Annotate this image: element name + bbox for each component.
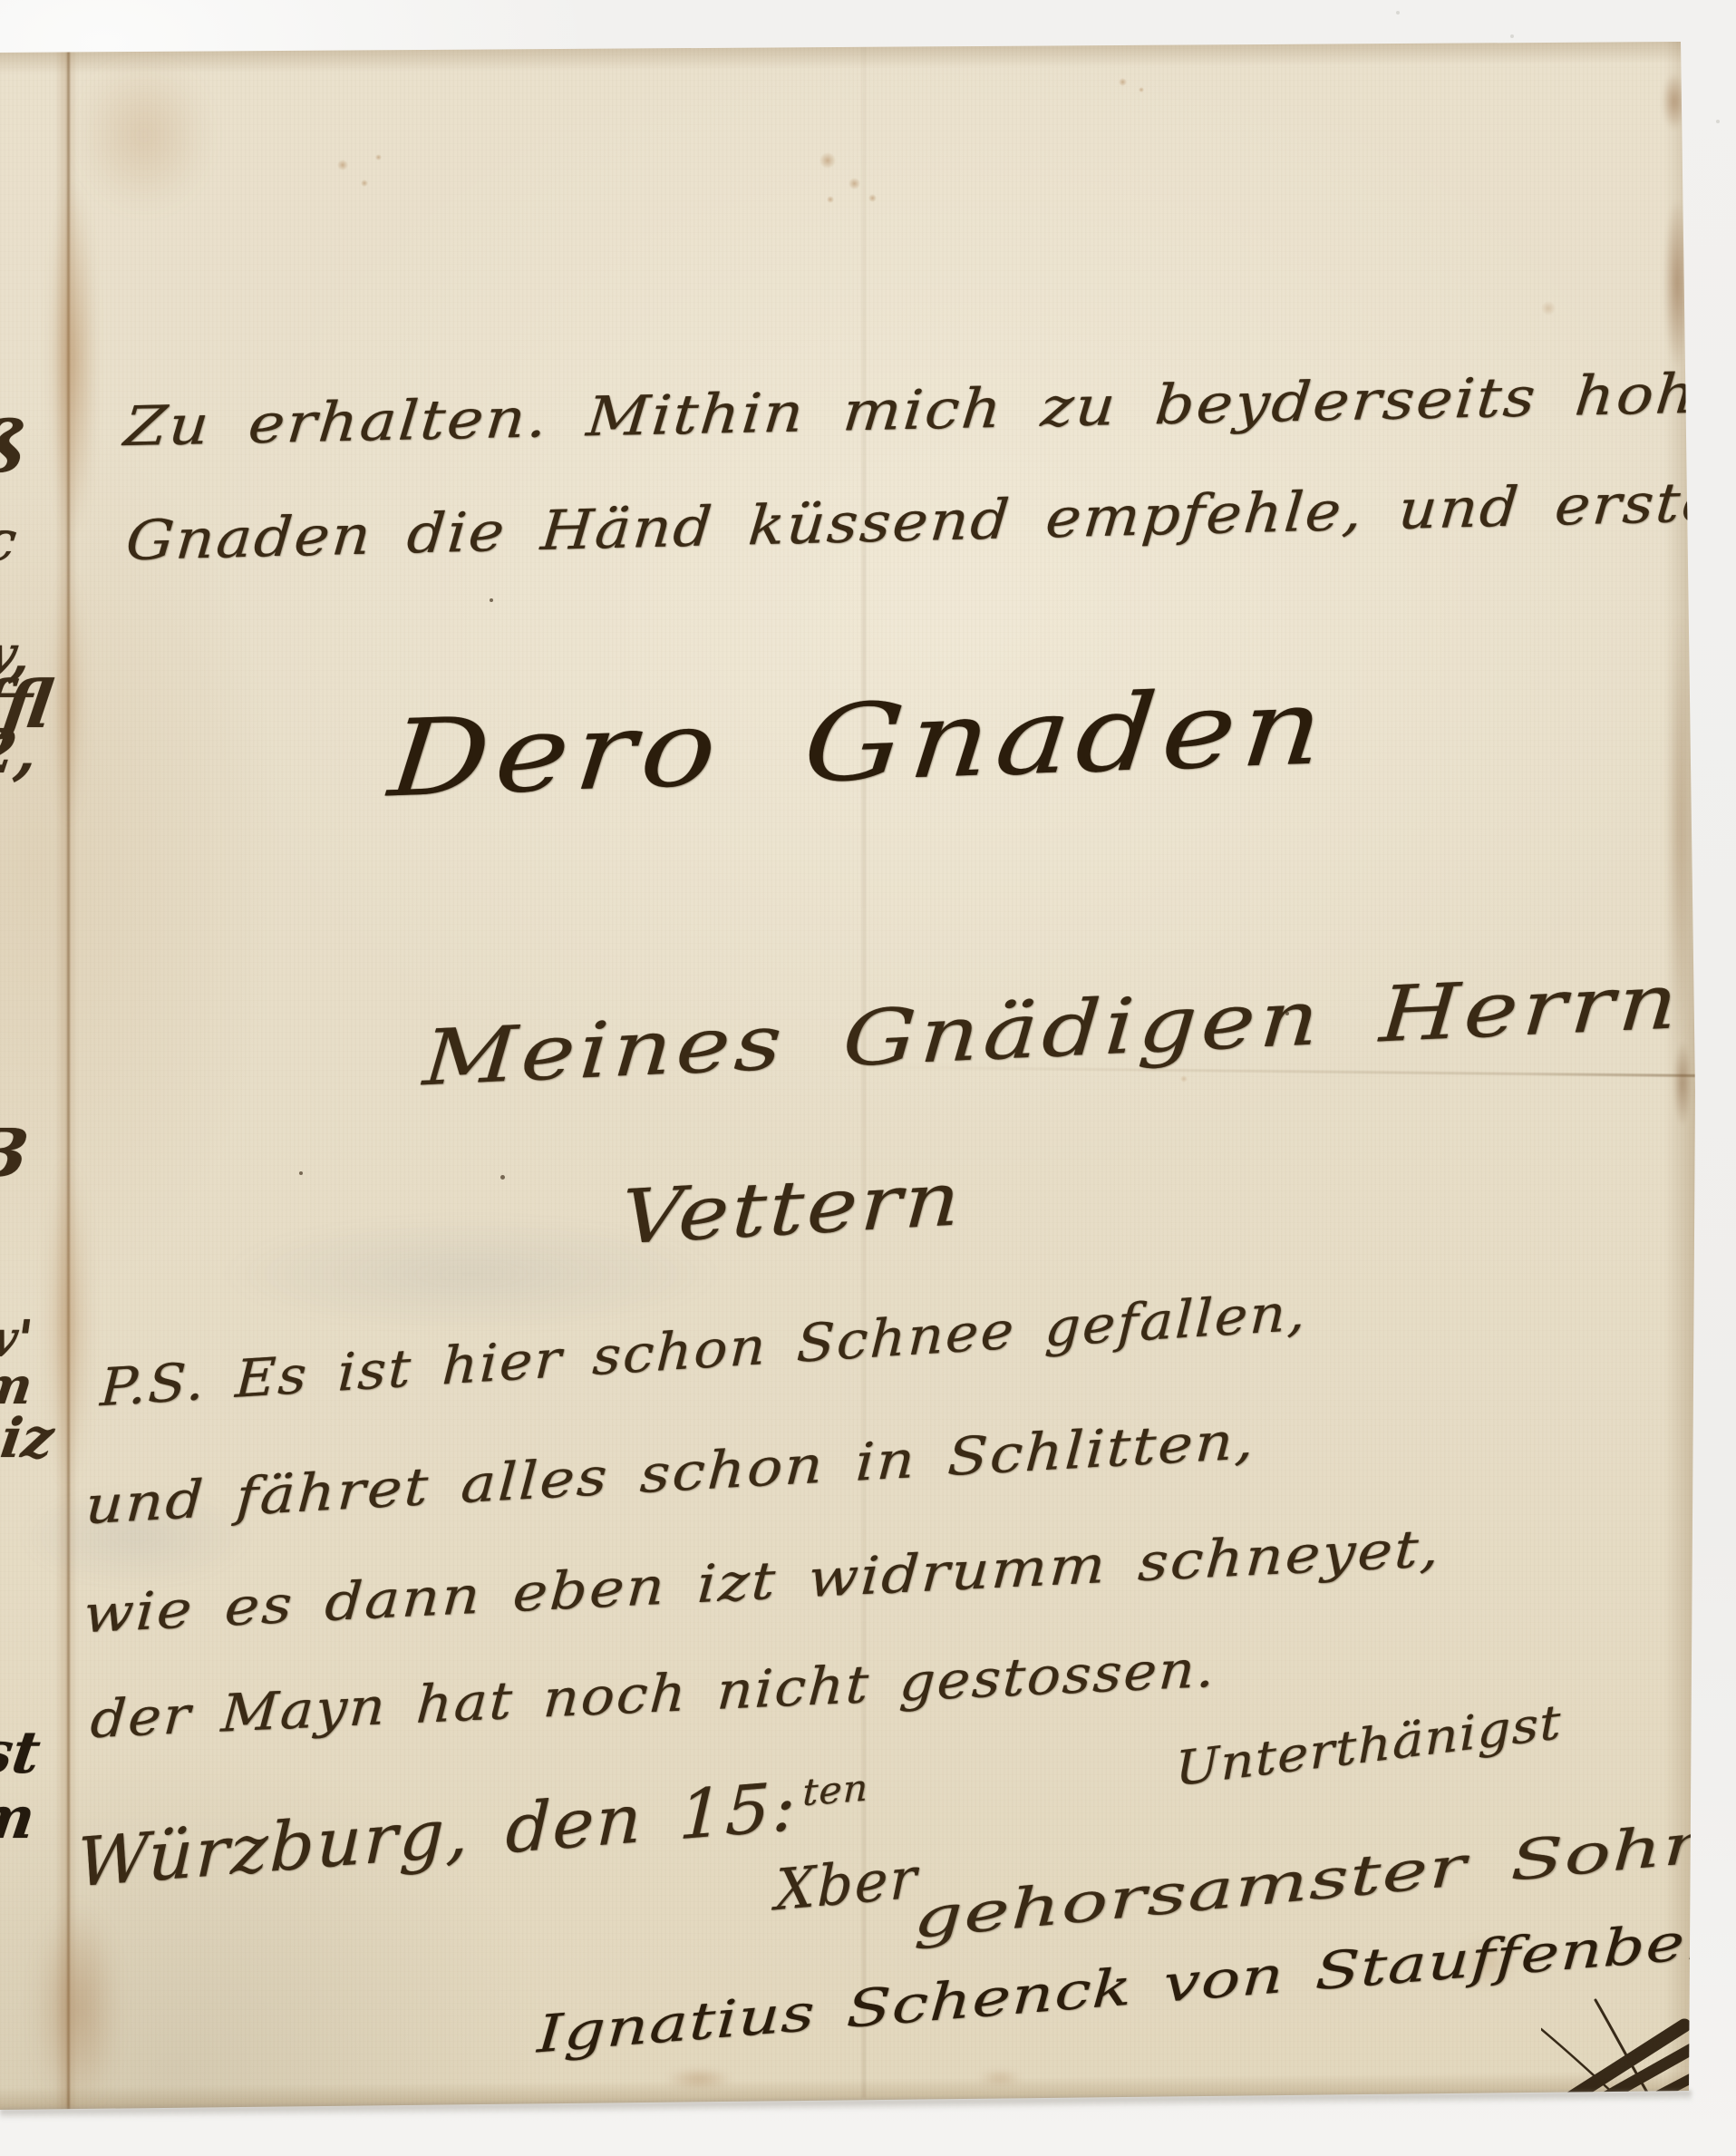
foxing-spot bbox=[1180, 1075, 1188, 1083]
stain bbox=[1664, 201, 1690, 364]
adjacent-page-fragment: st bbox=[0, 1719, 44, 1787]
scanner-background: ß c w, ffl 2, B w' m hiz st m Zu erhalte… bbox=[0, 0, 1736, 2156]
foxing-spot bbox=[1139, 87, 1144, 92]
foxing-spot bbox=[849, 178, 860, 189]
closing-line-1: Unterthänigst bbox=[1175, 1695, 1562, 1798]
adjacent-page-fragment: c bbox=[0, 508, 21, 574]
stain bbox=[1673, 1043, 1692, 1124]
adjacent-page-fragment: ß bbox=[0, 406, 33, 489]
stain bbox=[76, 58, 212, 212]
postscript-line-3: wie es dann eben izt widrumm schneyet, bbox=[82, 1519, 1442, 1645]
adjacent-page-fragment: hiz bbox=[0, 1407, 57, 1471]
foxing-spot bbox=[361, 180, 368, 187]
stain bbox=[36, 1904, 118, 2112]
foxing-spot bbox=[820, 152, 836, 169]
dateline-month: Xber bbox=[775, 1844, 919, 1923]
addressee-line-2: Vettern bbox=[619, 1156, 965, 1261]
dateline-place-day: Würzburg, den 15: bbox=[76, 1767, 799, 1902]
ink-speck bbox=[299, 1171, 303, 1175]
foxing-spot bbox=[868, 194, 877, 202]
postscript-line-4: der Mayn hat noch nicht gestossen. bbox=[89, 1639, 1218, 1751]
stain bbox=[667, 2069, 731, 2089]
stain bbox=[1663, 74, 1686, 129]
ink-speck bbox=[500, 1175, 505, 1180]
foxing-spot bbox=[337, 160, 348, 170]
foxing-spot bbox=[375, 154, 382, 160]
adjacent-page-fragment: m bbox=[0, 1784, 39, 1852]
adjacent-page-fragment: B bbox=[0, 1115, 34, 1193]
foxing-spot bbox=[1541, 301, 1556, 316]
dust-speck bbox=[1396, 11, 1400, 15]
dust-speck bbox=[1510, 34, 1514, 38]
body-line-2: Gnaden die Händ küssend empfehle, und er… bbox=[123, 468, 1736, 573]
stain bbox=[53, 571, 85, 825]
stain bbox=[49, 181, 96, 535]
body-line-1: Zu erhalten. Mithin mich zu beyderseits … bbox=[121, 361, 1736, 459]
letter-sheet: ß c w, ffl 2, B w' m hiz st m Zu erhalte… bbox=[0, 0, 1736, 2156]
dust-speck bbox=[1716, 120, 1720, 123]
stain bbox=[979, 2071, 1021, 2085]
dateline-ordinal-suffix: ten bbox=[802, 1766, 869, 1815]
dateline: Würzburg, den 15:ten bbox=[76, 1762, 869, 1902]
adjacent-page-fragment: 2, bbox=[0, 716, 42, 787]
foxing-spot bbox=[1119, 78, 1127, 86]
signature-paraph bbox=[1541, 1993, 1704, 2147]
paper-top-edge bbox=[0, 40, 1686, 74]
valediction-line: Dero Gnaden bbox=[384, 665, 1334, 821]
ink-speck bbox=[490, 598, 493, 602]
foxing-spot bbox=[827, 196, 834, 203]
postscript-line-2: und fähret alles schon in Schlitten, bbox=[84, 1411, 1257, 1536]
addressee-line-1: Meines Gnädigen Herrn bbox=[421, 957, 1684, 1102]
